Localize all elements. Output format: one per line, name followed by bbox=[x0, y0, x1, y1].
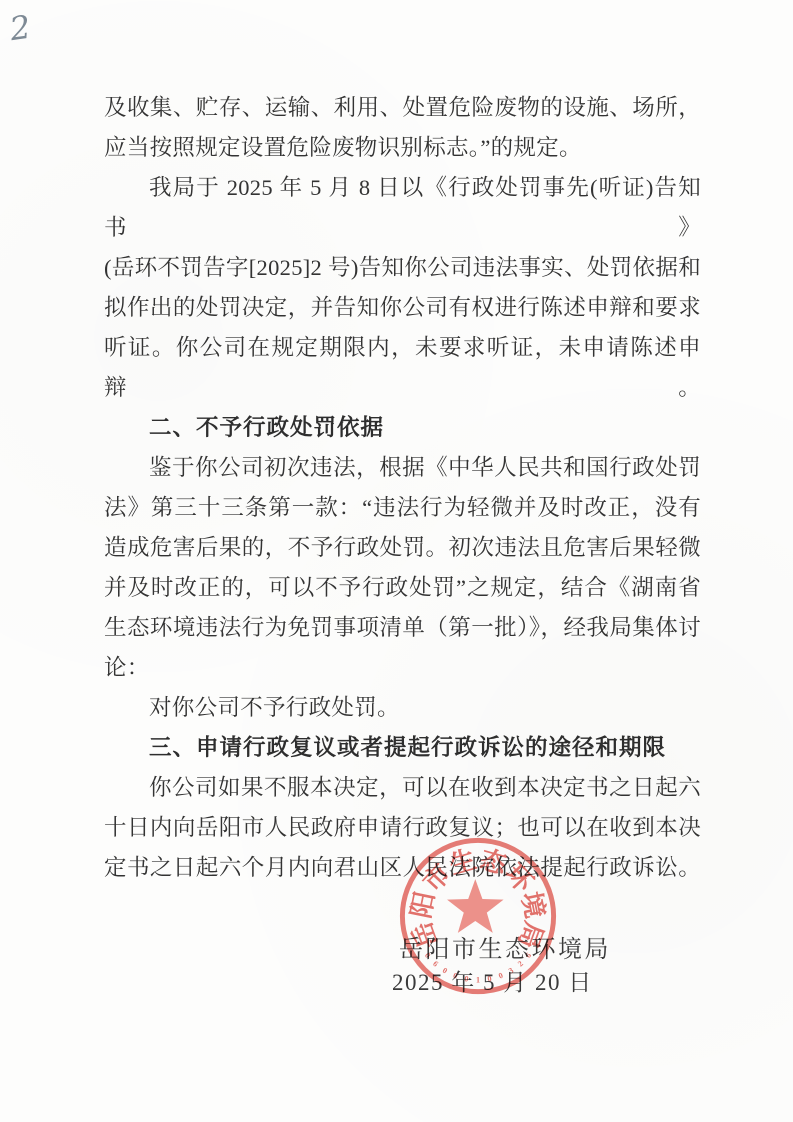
body-line: 论： bbox=[104, 648, 701, 688]
body-line: (岳环不罚告字[2025]2 号)告知你公司违法事实、处罚依据和 bbox=[104, 248, 701, 288]
signature-agency-name: 岳阳市生态环境局 bbox=[399, 929, 611, 964]
svg-text:阳: 阳 bbox=[407, 889, 441, 920]
body-line: 十日内向岳阳市人民政府申请行政复议；也可以在收到本决 bbox=[104, 808, 701, 848]
handwritten-page-number: 2 bbox=[8, 11, 33, 46]
body-line: 造成危害后果的，不予行政处罚。初次违法且危害后果轻微 bbox=[104, 528, 701, 568]
section-heading-3: 三、申请行政复议或者提起行政诉讼的途径和期限 bbox=[104, 728, 701, 768]
body-line: 生态环境违法行为免罚事项清单（第一批）》，经我局集体讨 bbox=[104, 608, 701, 648]
body-line: 我局于 2025 年 5 月 8 日以《行政处罚事先(听证)告知书》 bbox=[104, 168, 701, 248]
body-line: 鉴于你公司初次违法，根据《中华人民共和国行政处罚 bbox=[104, 448, 701, 488]
body-line: 定书之日起六个月内向君山区人民法院依法提起行政诉讼。 bbox=[104, 848, 701, 888]
section-heading-2: 二、不予行政处罚依据 bbox=[104, 408, 701, 448]
body-line: 法》第三十三条第一款：“违法行为轻微并及时改正，没有 bbox=[104, 488, 701, 528]
body-line: 应当按照规定设置危险废物识别标志。”的规定。 bbox=[104, 128, 701, 168]
body-line: 及收集、贮存、运输、利用、处置危险废物的设施、场所， bbox=[104, 88, 701, 128]
signature-date: 2025 年 5 月 20 日 bbox=[392, 964, 593, 997]
body-line: 拟作出的处罚决定，并告知你公司有权进行陈述申辩和要求 bbox=[104, 288, 701, 328]
body-line: 听证。你公司在规定期限内，未要求听证，未申请陈述申辩。 bbox=[104, 328, 701, 408]
document-page: 2 及收集、贮存、运输、利用、处置危险废物的设施、场所， 应当按照规定设置危险废… bbox=[0, 0, 793, 1122]
svg-text:境: 境 bbox=[516, 889, 551, 921]
body-line: 并及时改正的，可以不予行政处罚”之规定，结合《湖南省 bbox=[104, 568, 701, 608]
body-text: 及收集、贮存、运输、利用、处置危险废物的设施、场所， 应当按照规定设置危险废物识… bbox=[104, 88, 701, 888]
body-line: 你公司如果不服本决定，可以在收到本决定书之日起六 bbox=[104, 768, 701, 808]
decision-line: 对你公司不予行政处罚。 bbox=[104, 688, 701, 728]
